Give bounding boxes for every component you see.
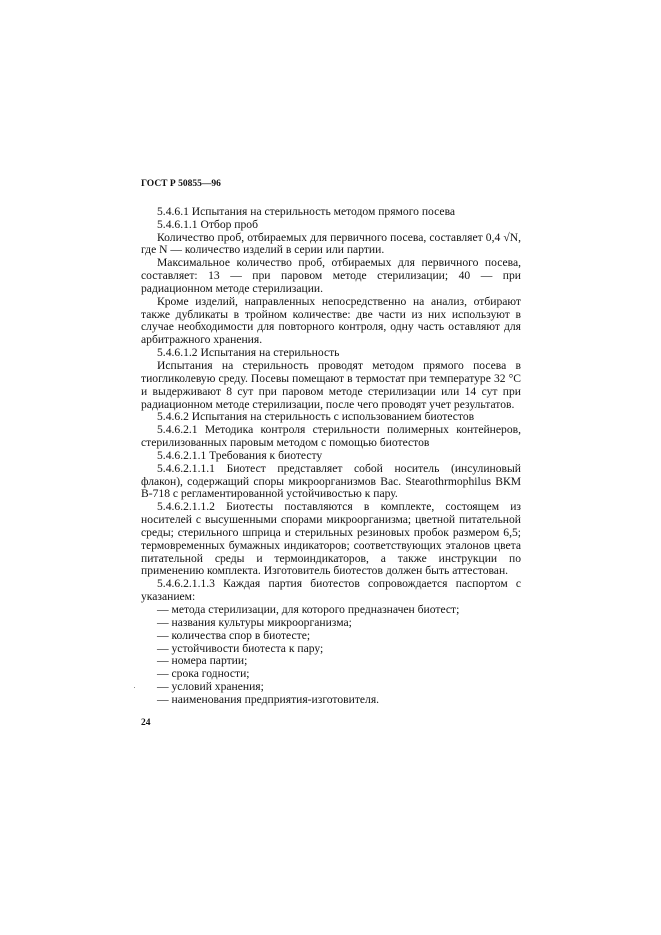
section-heading-5-4-6-2-1: 5.4.6.2.1 Методика контроля стерильности… (141, 424, 521, 450)
paragraph: 5.4.6.2.1.1.3 Каждая партия биотестов со… (141, 578, 521, 604)
list-item: количества спор в биотесте; (141, 630, 521, 643)
document-header: ГОСТ Р 50855—96 (141, 178, 521, 191)
list-item: условий хранения; (141, 681, 521, 694)
section-heading-5-4-6-1-1: 5.4.6.1.1 Отбор проб (141, 219, 521, 232)
paragraph: 5.4.6.2.1.1.2 Биотесты поставляются в ко… (141, 501, 521, 578)
paragraph: Максимальное количество проб, отбираемых… (141, 257, 521, 296)
paragraph: Количество проб, отбираемых для первично… (141, 232, 521, 258)
list-item: наименования предприятия-изготовителя. (141, 694, 521, 707)
document-page: ГОСТ Р 50855—96 5.4.6.1 Испытания на сте… (141, 178, 521, 730)
page-number: 24 (141, 717, 521, 730)
list-item: названия культуры микроорганизма; (141, 617, 521, 630)
paragraph: 5.4.6.2.1.1.1 Биотест представляет собой… (141, 463, 521, 502)
section-heading-5-4-6-1: 5.4.6.1 Испытания на стерильность методо… (141, 206, 521, 219)
scan-speck (134, 687, 135, 688)
section-heading-5-4-6-2-1-1: 5.4.6.2.1.1 Требования к биотесту (141, 450, 521, 463)
paragraph: Кроме изделий, направленных непосредстве… (141, 296, 521, 347)
passport-items-list: метода стерилизации, для которого предна… (141, 604, 521, 707)
list-item: метода стерилизации, для которого предна… (141, 604, 521, 617)
paragraph: Испытания на стерильность проводят метод… (141, 360, 521, 411)
